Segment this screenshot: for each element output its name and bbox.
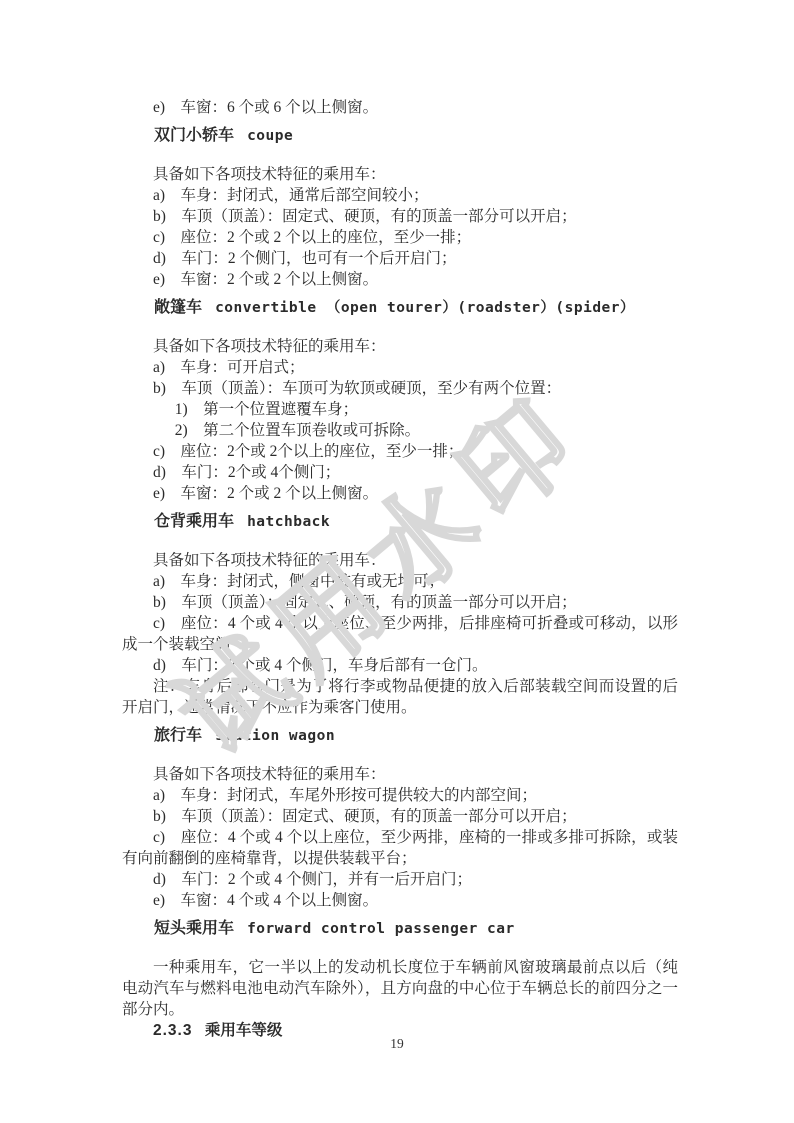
note-line: 注：车身后部仓门是为了将行李或物品便捷的放入后部装载空间而设置的后开启门，通常情…: [122, 676, 678, 718]
sub-list-item: 2) 第二个位置车顶卷收或可拆除。: [122, 420, 678, 441]
list-item: d) 车门：2 个或 4 个侧门，车身后部有一仓门。: [122, 655, 678, 676]
list-item: d) 车门：2个或 4个侧门；: [122, 462, 678, 483]
sub-list-item: 1) 第一个位置遮覆车身；: [122, 399, 678, 420]
term-en: hatchback: [247, 514, 330, 530]
list-item: c) 座位：4 个或 4 个以上座位、至少两排，后排座椅可折叠或可移动，以形成一…: [122, 613, 678, 655]
term-heading: 仓背乘用车hatchback: [122, 511, 678, 533]
list-item: d) 车门：2 个或 4 个侧门，并有一后开启门；: [122, 869, 678, 890]
term-zh: 短头乘用车: [154, 920, 234, 937]
list-item: e) 车窗：2 个或 2 个以上侧窗。: [122, 483, 678, 504]
list-item: e) 车窗：4 个或 4 个以上侧窗。: [122, 890, 678, 911]
list-item: d) 车门：2 个侧门，也可有一个后开启门；: [122, 248, 678, 269]
list-item: e) 车窗：2 个或 2 个以上侧窗。: [122, 269, 678, 290]
section-convertible: 敞篷车convertible （open tourer）(roadster）(s…: [122, 297, 678, 504]
intro-line: 具备如下各项技术特征的乘用车：: [122, 336, 678, 357]
term-zh: 双门小轿车: [154, 127, 234, 144]
term-heading: 双门小轿车coupe: [122, 125, 678, 147]
list-item: a) 车身：封闭式，车尾外形按可提供较大的内部空间；: [122, 785, 678, 806]
list-item: b) 车顶（顶盖）：车顶可为软顶或硬顶，至少有两个位置：: [122, 378, 678, 399]
list-item: b) 车顶（顶盖）：固定式、硬顶，有的顶盖一部分可以开启；: [122, 592, 678, 613]
page-number: 19: [0, 1036, 794, 1052]
term-heading: 短头乘用车forward control passenger car: [122, 918, 678, 940]
list-item: e) 车窗：6 个或 6 个以上侧窗。: [122, 97, 678, 118]
page-content: e) 车窗：6 个或 6 个以上侧窗。 双门小轿车coupe 具备如下各项技术特…: [122, 97, 678, 1041]
list-item: a) 车身：封闭式，通常后部空间较小；: [122, 185, 678, 206]
intro-line: 具备如下各项技术特征的乘用车：: [122, 764, 678, 785]
intro-line: 具备如下各项技术特征的乘用车：: [122, 550, 678, 571]
term-heading: 旅行车station wagon: [122, 725, 678, 747]
term-zh: 仓背乘用车: [154, 513, 234, 530]
list-item: a) 车身：封闭式，侧窗中柱有或无均可；: [122, 571, 678, 592]
section-hatchback: 仓背乘用车hatchback 具备如下各项技术特征的乘用车： a) 车身：封闭式…: [122, 511, 678, 718]
list-item: a) 车身：可开启式；: [122, 357, 678, 378]
section-station-wagon: 旅行车station wagon 具备如下各项技术特征的乘用车： a) 车身：封…: [122, 725, 678, 911]
section-coupe: 双门小轿车coupe 具备如下各项技术特征的乘用车： a) 车身：封闭式，通常后…: [122, 125, 678, 290]
term-zh: 旅行车: [154, 727, 202, 744]
term-en: convertible （open tourer）(roadster）(spid…: [215, 300, 635, 316]
term-en: coupe: [247, 128, 293, 144]
list-item: c) 座位：2 个或 2 个以上的座位，至少一排；: [122, 227, 678, 248]
paragraph: 一种乘用车，它一半以上的发动机长度位于车辆前风窗玻璃最前点以后（纯电动汽车与燃料…: [122, 957, 678, 1020]
section-forward-control: 短头乘用车forward control passenger car 一种乘用车…: [122, 918, 678, 1020]
intro-line: 具备如下各项技术特征的乘用车：: [122, 164, 678, 185]
list-item: b) 车顶（顶盖）：固定式、硬顶，有的顶盖一部分可以开启；: [122, 206, 678, 227]
term-en: forward control passenger car: [247, 921, 515, 937]
list-item: b) 车顶（顶盖）：固定式、硬顶，有的顶盖一部分可以开启；: [122, 806, 678, 827]
list-item: c) 座位：4 个或 4 个以上座位，至少两排，座椅的一排或多排可拆除，或装有向…: [122, 827, 678, 869]
term-zh: 敞篷车: [154, 299, 202, 316]
term-en: station wagon: [215, 728, 335, 744]
document-page: e) 车窗：6 个或 6 个以上侧窗。 双门小轿车coupe 具备如下各项技术特…: [0, 0, 794, 1123]
term-heading: 敞篷车convertible （open tourer）(roadster）(s…: [122, 297, 678, 319]
list-item: c) 座位：2个或 2个以上的座位，至少一排；: [122, 441, 678, 462]
